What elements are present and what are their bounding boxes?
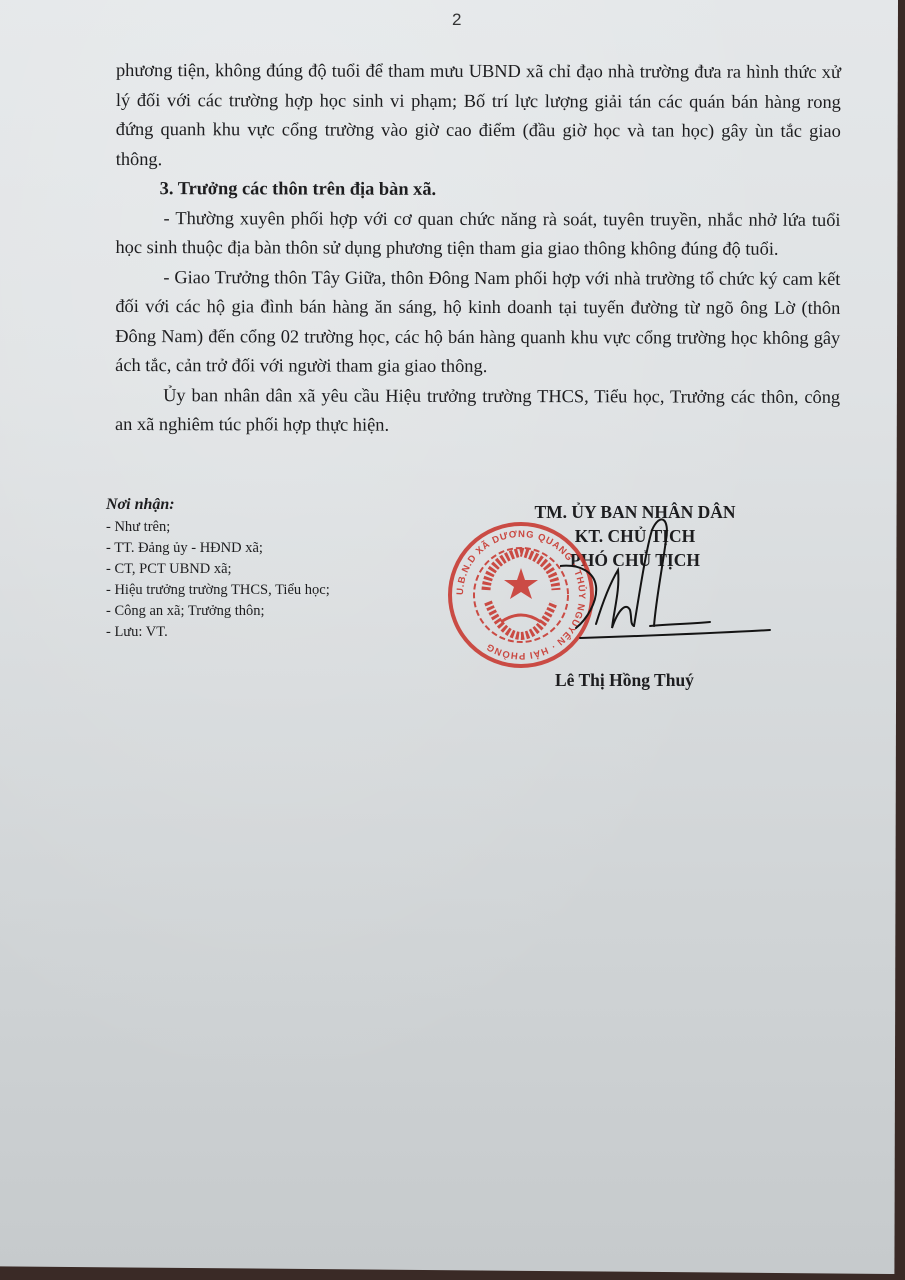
recipient-item: - Công an xã; Trưởng thôn; xyxy=(106,601,436,622)
recipient-item: - TT. Đảng ủy - HĐND xã; xyxy=(106,538,436,559)
signer-name: Lê Thị Hồng Thuý xyxy=(555,670,694,691)
paragraph-closing: Ủy ban nhân dân xã yêu cầu Hiệu trưởng t… xyxy=(115,380,840,441)
recipient-item: - CT, PCT UBND xã; xyxy=(106,559,436,580)
paragraph-item: - Giao Trưởng thôn Tây Giữa, thôn Đông N… xyxy=(115,262,840,382)
paragraph-continuation: phương tiện, không đúng độ tuổi để tham … xyxy=(116,56,841,176)
paragraph-item: - Thường xuyên phối hợp với cơ quan chức… xyxy=(115,203,840,264)
recipient-item: - Như trên; xyxy=(106,517,436,538)
page-number: 2 xyxy=(452,10,461,30)
handwritten-signature xyxy=(560,510,780,650)
recipients-title: Nơi nhận: xyxy=(106,494,436,515)
section-heading: 3. Trưởng các thôn trên địa bàn xã. xyxy=(116,174,841,205)
recipients-list: Nơi nhận: - Như trên; - TT. Đảng ủy - HĐ… xyxy=(106,494,436,643)
document-body: phương tiện, không đúng độ tuổi để tham … xyxy=(115,56,841,441)
recipient-item: - Hiệu trưởng trường THCS, Tiểu học; xyxy=(106,580,436,601)
recipient-item: - Lưu: VT. xyxy=(106,622,436,643)
